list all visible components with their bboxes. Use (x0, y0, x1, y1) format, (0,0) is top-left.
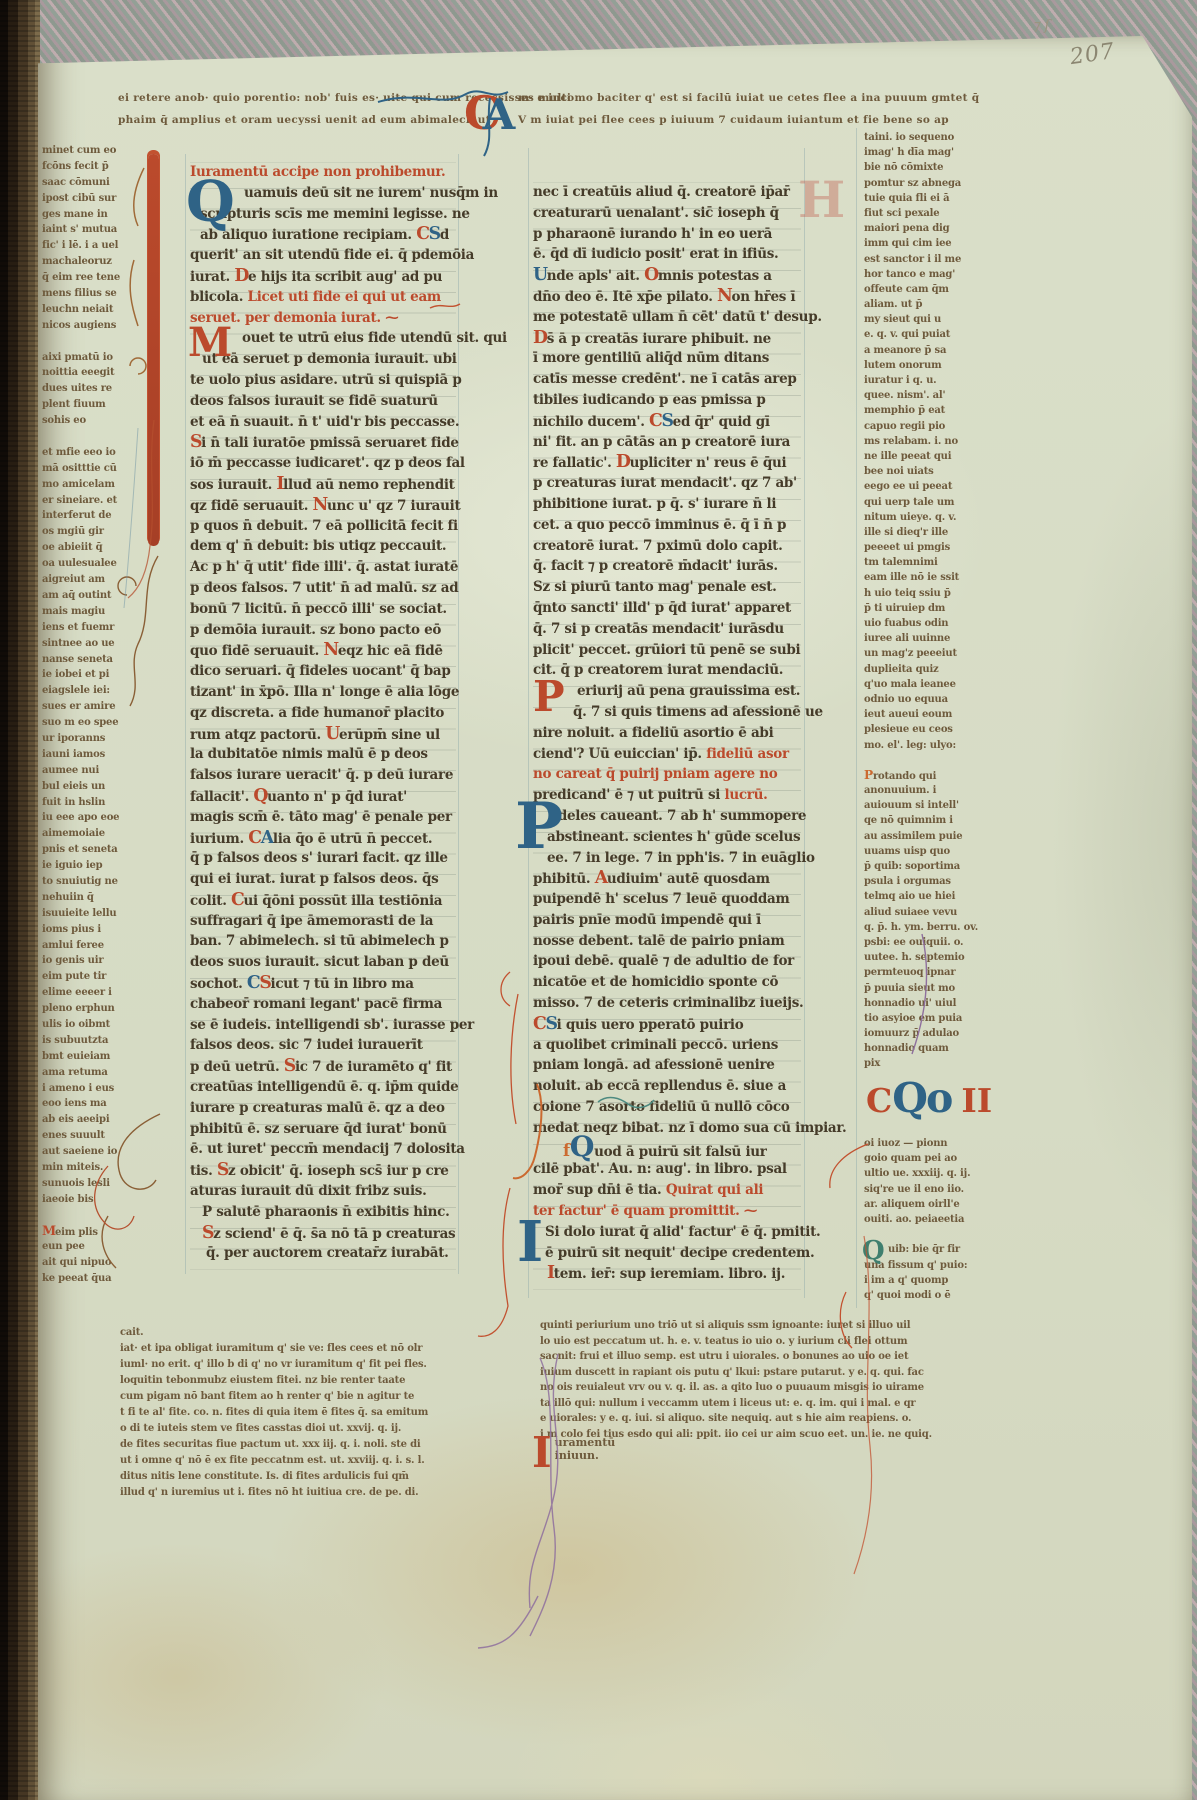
text-line: Ac p h' q̄ utit' fide illi'. q̄. astat i… (190, 557, 456, 578)
gloss-line: ait qui nipuo (42, 1255, 174, 1271)
gloss-line: isuuieite lellu (42, 906, 174, 922)
gloss-line (864, 1227, 1016, 1242)
gloss-line: sintnee ao ue (42, 636, 174, 652)
text-line: falsos deos. sic 7 iudei iurauerīt (190, 1035, 456, 1056)
gloss-line: ama retuma (42, 1065, 174, 1081)
text-line: q̄. per auctorem creatar̄z iurabāt. (190, 1243, 456, 1264)
text-line: suffragari q̄ ipe āmemorasti de la (190, 911, 456, 932)
text-line: qz fidē seruauit. Nunc u' qz 7 iurauit (190, 495, 456, 516)
gloss-line: p̄ ti uiruiep dm (864, 601, 1016, 616)
gloss-line: i im a q' quomp (864, 1273, 1016, 1288)
text-line: ideles caueant. 7 ab h' summopere (533, 806, 801, 827)
text-line: Si dolo iurat q̄ alid' factur' ē q̄. pmi… (533, 1222, 801, 1243)
text-line: nichilo ducem'. CSed q̄r' quid gī (533, 411, 801, 432)
text-line: querit' an sit utendū fide ei. q̄ pdemōi… (190, 245, 456, 266)
text-line: q̄. 7 si p creatās mendacit' iurāsdu (533, 619, 801, 640)
right-margin-gloss-lower: oi iuoz — pionngoio quam pei aoultio ue.… (864, 1136, 1016, 1303)
gloss-line: o di te iuteis stem ve fites casstas dio… (120, 1421, 516, 1437)
gloss-line: uutee. h. septemio (864, 950, 1016, 965)
gloss-line: cait. (120, 1325, 516, 1341)
text-line: p demōia iurauit. sz bono pacto eō (190, 620, 456, 641)
text-line: iurare p creaturas malū ē. qz a deo (190, 1098, 456, 1119)
bottom-gloss-right: quinti periurium uno triō ut si aliquis … (540, 1318, 904, 1442)
text-line: cet. a quo peccō imminus ē. q̄ ī n̄ p (533, 515, 801, 536)
text-line: ciend'? Uū euiccian' ip̄. fideliū asor (533, 744, 801, 765)
gloss-line: plesieue eu ceos (864, 722, 1016, 737)
gloss-line: psbi: ee ouiquii. o. (864, 935, 1016, 950)
initial-I: I (148, 154, 159, 546)
text-line: Sz sciend' ē q̄. s̄a nō tā p creaturas (190, 1223, 456, 1244)
text-line: dico seruari. q̄ fideles uocant' q̄ bap (190, 661, 456, 682)
text-line: CSi quis uero pperatō puirio (533, 1014, 801, 1035)
gloss-line: t fi te al' fite. co. n. fites di quia i… (120, 1405, 516, 1421)
text-line: falsos iurare ueracit' q̄. p deū iurare (190, 765, 456, 786)
text-line: ē. ut iuret' peccm̄ mendacij 7 dolosita (190, 1139, 456, 1160)
right-margin-gloss: taini. io sequenoimag' h dīa mag'bie nō … (864, 130, 1016, 1072)
text-line: bonū 7 licitū. n̄ peccō illi' se sociat. (190, 599, 456, 620)
text-line: fallacit'. Quanto n' p q̄d iurat' (190, 786, 456, 807)
gloss-line: sues er amire (42, 699, 174, 715)
text-line: ter factur' ē quam promittit. ⁓ (533, 1201, 801, 1222)
quaestio-marker-paraph: C (866, 1081, 892, 1120)
gloss-line: tm talemnimi (864, 555, 1016, 570)
gloss-line (864, 753, 1016, 768)
gloss-line: iuree ali uuinne (864, 631, 1016, 646)
gloss-line: h uio teiq ssiu p̄ (864, 586, 1016, 601)
gloss-line: q' quoi modi o ē (864, 1288, 1016, 1303)
gloss-line: aimemoiaie (42, 826, 174, 842)
gloss-line: honnadio quam (864, 1041, 1016, 1056)
text-line: plicit' peccet. grūiori tū penē se subi (533, 640, 801, 661)
gloss-line: cum pigam nō bant fitem ao h renter q' b… (120, 1389, 516, 1405)
gloss-line: ta illō qui: nullum i veccamm utem i lic… (540, 1396, 904, 1412)
colb-i-filigree-icon (478, 1188, 510, 1336)
gloss-line: odnio uo equua (864, 692, 1016, 707)
text-line: et eā n̄ suauit. n̄ t' uid'r bis peccass… (190, 412, 456, 433)
gloss-line: min miteis. (42, 1160, 174, 1176)
text-line: se ē iudeis. intelligendi sb'. iurasse p… (190, 1015, 456, 1036)
gloss-line: offeute cam q̄m (864, 282, 1016, 297)
text-line: deos suos iurauit. sicut laban p deū (190, 952, 456, 973)
text-line: tis. Sz obicit' q̄. ioseph scs̄ iur p cr… (190, 1160, 456, 1181)
gloss-line: telmq aio ue hiei (864, 889, 1016, 904)
gloss-line: pnis et seneta (42, 842, 174, 858)
gloss-line: am aq̄ outint (42, 588, 174, 604)
gloss-line: au assimilem puie (864, 829, 1016, 844)
gloss-line: taini. io sequeno (864, 130, 1016, 145)
text-line: no careat q̄ puirij pniam agere no (533, 764, 801, 785)
gloss-line: ille si dieq'r ille (864, 525, 1016, 540)
gloss-line: eiagslele iei: (42, 683, 174, 699)
gloss-line: i ameno i eus (42, 1081, 174, 1097)
text-line: fQuod ā puirū sit falsū iur (533, 1139, 801, 1160)
parchment-page: ei retere anob· quio porentio: nob' fuis… (38, 36, 1192, 1800)
monogram-letter-a: A (483, 90, 516, 139)
gloss-line: un mag'z peeeiut (864, 646, 1016, 661)
text-line: ee. 7 in lege. 7 in pph'is. 7 in euāglio (533, 848, 801, 869)
gloss-line: ne ille peeat qui (864, 449, 1016, 464)
text-line: phibitū ē. sz seruare q̄d iurat' bonū (190, 1119, 456, 1140)
gloss-line: mais magiu (42, 604, 174, 620)
text-line: pairis pnīe modū impendē qui ī (533, 910, 801, 931)
text-line: magis scm̄ ē. tāto mag' ē penale per (190, 807, 456, 828)
text-line: phibitū. Audiuim' autē quosdam (533, 868, 801, 889)
gloss-line: est sanctor i il me (864, 252, 1016, 267)
gloss-line: aumee nui (42, 763, 174, 779)
text-line: chabeor̄ romani legant' pacē firma (190, 994, 456, 1015)
gloss-line: iauni iamos (42, 747, 174, 763)
text-line: dn̄o deo ē. Itē xp̄e pilato. Non hr̄es ī (533, 286, 801, 307)
text-line: coione 7 asorto fideliū ū nullō cōco (533, 1097, 801, 1118)
text-line: Sz si piurū tanto mag' penale est. (533, 577, 801, 598)
gloss-line: eoo iens ma (42, 1096, 174, 1112)
gloss-line: sacnit: frui et illuo semp. est utru i u… (540, 1349, 904, 1365)
gloss-line: tio asyioe em puia (864, 1011, 1016, 1026)
text-line: creaturarū uenalant'. sic̄ ioseph q̄ (533, 203, 801, 224)
gloss-line: siq're ue il eno iio. (864, 1182, 1016, 1197)
gloss-line: ab eis aeeipi (42, 1112, 174, 1128)
gloss-line: loquitin tebonmubz eiustem fitei. nz bie… (120, 1373, 516, 1389)
text-line: creatorē iurat. 7 pximū dolo capit. (533, 536, 801, 557)
gloss-line: anonuuium. i (864, 783, 1016, 798)
column-rule (185, 154, 186, 1274)
gloss-line: q. p̄. h. ym. berru. ov. (864, 920, 1016, 935)
quaestio-marker: CQoII (866, 1074, 992, 1122)
gloss-line: capuo regii pio (864, 419, 1016, 434)
text-line: dem q' n̄ debuit: bis utiqz peccauit. (190, 536, 456, 557)
text-line: qui ei iurat. iurat p falsos deos. q̄s (190, 869, 456, 890)
gloss-line: io genis uir (42, 953, 174, 969)
text-line: ni' fit. an p cātās an p creatorē iura (533, 432, 801, 453)
gloss-line: bul eieis un (42, 779, 174, 795)
gloss-line: uio fuabus odin (864, 616, 1016, 631)
text-line: q̄nto sancti' illd' p q̄d iurat' apparet (533, 598, 801, 619)
text-line: tizant' in x̄pō. Illa n' longe ē alia lō… (190, 682, 456, 703)
gloss-line: ieut aueui eoum (864, 707, 1016, 722)
gloss-line: nanse seneta (42, 652, 174, 668)
gloss-line: ur iporanns (42, 731, 174, 747)
header-gloss-line: m· e incomo baciter q' est si facilū iui… (518, 92, 979, 104)
gloss-line: bee noi uiats (864, 464, 1016, 479)
text-line: la dubitatōe nimis malū ē p deos (190, 744, 456, 765)
gloss-line: goio quam pei ao (864, 1151, 1016, 1166)
text-line: puipendē h' scelus 7 leuē quoddam (533, 889, 801, 910)
gloss-line: ie iobei et pi (42, 667, 174, 683)
column-rule (528, 148, 529, 1298)
text-line: eriurij aū pena grauissima est. (533, 681, 801, 702)
initial-P: P (515, 799, 563, 855)
text-line: phibitione iurat. p q̄. s' iurare n̄ li (533, 494, 801, 515)
gloss-line: p̄ puuia sieut mo (864, 981, 1016, 996)
text-line: creatūas intelligendū ē. q. ip̄m quide (190, 1077, 456, 1098)
gloss-line: duplieita quiz (864, 662, 1016, 677)
faded-guide-initial: H (798, 170, 845, 229)
gloss-line: e. q. v. qui puiat (864, 327, 1016, 342)
text-line: p deos falsos. 7 utit' n̄ ad malū. sz ad (190, 578, 456, 599)
gloss-line: bmt euieiam (42, 1049, 174, 1065)
gloss-line: permteuoq ipnar (864, 965, 1016, 980)
initial-Q: Q (862, 1240, 884, 1263)
gloss-line: fuit in hslin (42, 795, 174, 811)
gloss-line: eim pute tir (42, 969, 174, 985)
column-rule (458, 154, 459, 1274)
gloss-line: fiut sci pexale (864, 206, 1016, 221)
text-line: rum atqz pactorū. Uerūpm̄ sine ul (190, 724, 456, 745)
gloss-line: imag' h dīa mag' (864, 145, 1016, 160)
folio-mark: ⁊ ſ (1032, 16, 1050, 34)
text-line: blicola. Licet uti fide ei qui ut eam (190, 287, 456, 308)
catchword: I uramentū iniuun. (532, 1436, 642, 1470)
text-line: cilē pbat'. Au. n: aug'. in libro. psal (533, 1159, 801, 1180)
gloss-line: iomuurz p̄ adulao (864, 1026, 1016, 1041)
manuscript-photo: { "page": { "folio_number": "207", "foli… (0, 0, 1197, 1800)
catchword-initial: I (532, 1436, 552, 1470)
gloss-line: e uiorales: y e. q. iui. si aliquo. site… (540, 1411, 904, 1427)
gloss-line: aliam. ut p̄ (864, 297, 1016, 312)
text-line: pniam longā. ad afessionē uenire (533, 1055, 801, 1076)
gloss-line: iaeoie bis (42, 1192, 174, 1208)
gloss-line: aut saeiene io (42, 1144, 174, 1160)
gloss-line: iat· et ipa obligat iuramitum q' sie ve:… (120, 1341, 516, 1357)
gloss-line: mo. el'. leg: ulyo: (864, 738, 1016, 753)
text-line: Ds̄ ā p creatās iurare phibuit. ne (533, 328, 801, 349)
gloss-line: iuratur i q. u. (864, 373, 1016, 388)
gloss-line: is subuutzta (42, 1033, 174, 1049)
gloss-line: qui uerp tale um (864, 495, 1016, 510)
text-line: Si n̄ tali iuratōe pmissā seruaret fide (190, 432, 456, 453)
gloss-line: pix (864, 1056, 1016, 1071)
text-line: re fallatic'. Dupliciter n' reus ē q̄ui (533, 452, 801, 473)
text-line: a quolibet criminali peccō. uriens (533, 1035, 801, 1056)
gloss-line: Protando qui (864, 768, 1016, 783)
gloss-line: to snuiutig ne (42, 874, 174, 890)
text-line: deos falsos iurauit se fidē suaturū (190, 391, 456, 412)
gloss-line: memphio p̄ eat (864, 403, 1016, 418)
initial-I: I (517, 1218, 543, 1267)
text-line: catīs messe credēnt'. ne ī catās arep (533, 369, 801, 390)
gloss-line (42, 1208, 174, 1224)
main-column-a: Iuramentū accipe non prohibemur.uamuis d… (190, 162, 456, 1270)
gloss-line: eam ille nō ie ssit (864, 570, 1016, 585)
gloss-line: iens et fuemr (42, 620, 174, 636)
gloss-line: ioms pius i (42, 922, 174, 938)
text-line: ē. q̄d dī iudicio posit' erat in ifiūs. (533, 244, 801, 265)
bottom-gloss-left: cait.iat· et ipa obligat iuramitum q' si… (120, 1325, 516, 1501)
main-column-b: nec ī creatūis aliud q̄. creatorē ip̄ar̄… (533, 182, 801, 1290)
gloss-line: ulis io oibmt (42, 1017, 174, 1033)
gloss-line: lutem onorum (864, 358, 1016, 373)
text-line: tibiles iudicando p eas pmissa p (533, 390, 801, 411)
text-line: Item. ier̄: sup ieremiam. libro. ij. (533, 1263, 801, 1284)
gloss-line: enes suuult (42, 1128, 174, 1144)
text-line: abstineant. scientes h' gūde scelus (533, 827, 801, 848)
gloss-line: ditus nitis lene constitute. Is. di fite… (120, 1469, 516, 1485)
text-line: sos iurauit. Illud aū nemo rephendit (190, 474, 456, 495)
header-gloss-line: phaim q̄ amplius et oram uecyssi uenit a… (118, 114, 491, 126)
text-line: p deū uetrū. Sic 7 de iuramēto q' fit (190, 1056, 456, 1077)
gloss-line: a meanore p̄ sa (864, 343, 1016, 358)
gloss-line: elime eeeer i (42, 985, 174, 1001)
gloss-line: ke peeat q̄ua (42, 1271, 174, 1287)
gloss-line: ouiti. ao. peiaeetia (864, 1212, 1016, 1227)
text-line: ī more gentiliū aliq̄d nūm ditans (533, 348, 801, 369)
gloss-line: illud q' n iuremius ut i. fites nō ht iu… (120, 1485, 516, 1501)
gloss-line: amlui feree (42, 938, 174, 954)
text-line: iurium. CAlia q̄o ē utrū n̄ peccet. (190, 828, 456, 849)
chapter-monogram: CA (464, 86, 515, 140)
initial-P: P (533, 679, 564, 716)
gloss-line: una fissum q' puio: (864, 1258, 1016, 1273)
gloss-line: iuium duscett in rapiant ois putu q' lku… (540, 1365, 904, 1381)
gloss-line: uib: bie q̄r fir (864, 1242, 1016, 1257)
colb-p-filigree-icon (501, 972, 518, 1124)
text-line: q̄. facit ⁊ p creatorē m̄dacit' iurās. (533, 556, 801, 577)
gloss-line: pomtur sz abnega (864, 176, 1016, 191)
text-line: colit. Cui q̄ōni possūt illa testiōnia (190, 890, 456, 911)
text-line: nosse debent. talē de pairio pniam (533, 931, 801, 952)
gloss-line: qe nō quimnim i (864, 813, 1016, 828)
text-line: P salutē pharaonis n̄ exibitis hinc. (190, 1202, 456, 1223)
text-line: te uolo pius asidare. utrū si quispiā p (190, 370, 456, 391)
gloss-line: tuie quia fli ei ā (864, 191, 1016, 206)
initial-Q: Q (186, 178, 234, 227)
quaestio-marker-numeral: II (961, 1081, 992, 1120)
gloss-line: aigreiut am (42, 572, 174, 588)
gloss-line: ie iguio iep (42, 858, 174, 874)
gloss-line: quinti periurium uno triō ut si aliquis … (540, 1318, 904, 1334)
gloss-line: peeeet ui pmgis (864, 540, 1016, 555)
text-line: ē puirū sit nequit' decipe credentem. (533, 1243, 801, 1264)
text-line: Unde apls' ait. Omnis potestas a (533, 265, 801, 286)
text-line: p pharaonē iurando h' in eo uerā (533, 224, 801, 245)
text-line: q̄ p falsos deos s' iurari facit. qz ill… (190, 848, 456, 869)
text-line: me potestatē ullam n̄ cēt' datū t' desup… (533, 307, 801, 328)
gloss-line: psula i orgumas (864, 874, 1016, 889)
text-line: nec ī creatūis aliud q̄. creatorē ip̄ar̄ (533, 182, 801, 203)
gloss-line: sunuois lesli (42, 1176, 174, 1192)
gloss-line: honnadio ui' uiul (864, 996, 1016, 1011)
text-line: qz discreta. a fide humanor̄ placito (190, 703, 456, 724)
gloss-line: oa uulesualee (42, 556, 174, 572)
text-line: ban. 7 abimelech. si tū abimelech p (190, 931, 456, 952)
gloss-line: pleno erphun (42, 1001, 174, 1017)
gloss-line: ar. aliquem oirll'e (864, 1197, 1016, 1212)
text-line: quo fidē seruauit. Neqz hic eā fidē (190, 640, 456, 661)
gloss-line: uuams uisp quo (864, 844, 1016, 859)
gloss-line: iu eee apo eoe (42, 810, 174, 826)
gloss-line: ms relabam. i. no (864, 434, 1016, 449)
gloss-line: auiouum si intell' (864, 798, 1016, 813)
book-spine (0, 0, 40, 1800)
text-line: ipoui debē. qualē ⁊ de adultio de for (533, 951, 801, 972)
gloss-line: maiori pena dig (864, 221, 1016, 236)
text-line: mor̄ sup dn̄i ē tia. Quirat qui ali (533, 1180, 801, 1201)
header-gloss-line: V m iuiat pei flee cees p iuiuum 7 cuida… (518, 114, 949, 126)
text-line: noluit. ab eccā repllendus ē. siue a (533, 1076, 801, 1097)
gloss-line: de fites securitas fiue pactum ut. xxx i… (120, 1437, 516, 1453)
gloss-line: nitum uieye. q. v. (864, 510, 1016, 525)
gloss-line: quee. nism'. al' (864, 388, 1016, 403)
gloss-line: aliud suiaee vevu (864, 905, 1016, 920)
gloss-line: eun pee (42, 1239, 174, 1255)
gloss-line: no ois reuialeut vrv ou v. q. il. as. a … (540, 1380, 904, 1396)
text-line: p creaturas iurat mendacit'. qz 7 ab' (533, 473, 801, 494)
quaestio-marker-letters: Qo (892, 1074, 951, 1122)
text-line: sochot. CSicut ⁊ tū in libro ma (190, 973, 456, 994)
gloss-line: oi iuoz — pionn (864, 1136, 1016, 1151)
text-line: predicand' ē ⁊ ut puitrū si lucrū. (533, 785, 801, 806)
gloss-line: imm qui cim iee (864, 236, 1016, 251)
text-line: iurat. De hijs ita scribit aug' ad pu (190, 266, 456, 287)
gloss-line: my sieut qui u (864, 312, 1016, 327)
gloss-line: lo uio est peccatum ut. h. e. v. teatus … (540, 1334, 904, 1350)
text-line: iō m̄ peccasse iudicaret'. qz p deos fal (190, 453, 456, 474)
gloss-line: bie nō cōmixte (864, 160, 1016, 175)
text-line: cit. q̄ p creatorem iurat mendaciū. (533, 660, 801, 681)
gloss-line: iuml· no erit. q' illo b di q' no vr iur… (120, 1357, 516, 1373)
gloss-line: p̄ quib: soportima (864, 859, 1016, 874)
text-line: misso. 7 de ceteris criminalibz iueijs. (533, 993, 801, 1014)
gloss-line: suo m eo spee (42, 715, 174, 731)
text-line: nire noluit. a fideliū asortio ē abi (533, 723, 801, 744)
gloss-line: ultio ue. xxxiij. q. ij. (864, 1166, 1016, 1181)
text-line: aturas iurauit dū dixit fribz suis. (190, 1181, 456, 1202)
gloss-line: hor tanco e mag' (864, 267, 1016, 282)
gloss-line: eego ee ui peeat (864, 479, 1016, 494)
gloss-line: ut i omne q' nō ē ex fite peccatnm est. … (120, 1453, 516, 1469)
column-rule (856, 128, 857, 1308)
text-line: p quos n̄ debuit. 7 eā pollicitā fecit f… (190, 516, 456, 537)
gloss-line: Meim plis (42, 1224, 174, 1240)
gloss-line: q'uo mala ieanee (864, 677, 1016, 692)
gloss-line: nehuiin q̄ (42, 890, 174, 906)
text-line: q̄. 7 si quis timens ad afessionē ue (533, 702, 801, 723)
initial-M: M (188, 325, 232, 360)
text-line: nicatōe et de homicidio sponte cō (533, 972, 801, 993)
